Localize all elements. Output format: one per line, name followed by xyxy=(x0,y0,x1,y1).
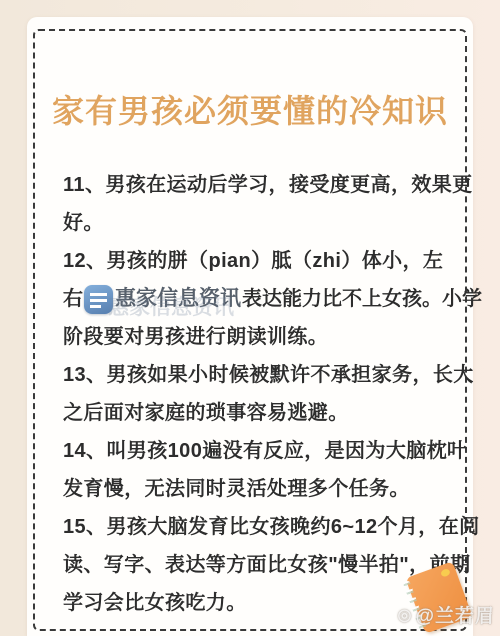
watermark-corner: ◎ @兰若眉 xyxy=(398,601,496,628)
text-line: 阶段要对男孩进行朗读训练。 xyxy=(63,318,457,356)
watermark-app-icon xyxy=(84,285,113,314)
watermark-center: 惠家信息资讯 惠家信息资讯 xyxy=(84,280,241,318)
watermark-center-text: 惠家信息资讯 xyxy=(115,280,241,318)
text-line: 13、男孩如果小时候被默许不承担家务，长大 xyxy=(63,356,457,394)
text-line: 11、男孩在运动后学习，接受度更高，效果更 xyxy=(63,166,457,204)
text-line: 14、叫男孩100遍没有反应，是因为大脑枕叶 xyxy=(63,432,457,470)
text-line: 好。 xyxy=(63,204,457,242)
line-end-text: 表达能力比不上女孩。小学 xyxy=(242,280,482,318)
text-line: 15、男孩大脑发育比女孩晚约6~12个月，在阅 xyxy=(63,508,457,546)
notebook-dot xyxy=(440,568,451,578)
text-line-with-watermark: 右 惠家信息资讯 惠家信息资讯 表达能力比不上女孩。小学 xyxy=(63,280,457,318)
watermark-corner-text: @兰若眉 xyxy=(415,601,495,628)
text-line: 12、男孩的胼（pian）胝（zhi）体小，左 xyxy=(63,242,457,280)
card-title: 家有男孩必须要懂的冷知识 xyxy=(35,86,465,132)
dashed-border-frame: 家有男孩必须要懂的冷知识 11、男孩在运动后学习，接受度更高，效果更 好。 12… xyxy=(33,29,467,631)
watermark-corner-icon: ◎ xyxy=(398,605,413,625)
text-line: 发育慢，无法同时灵活处理多个任务。 xyxy=(63,470,457,508)
text-line: 之后面对家庭的琐事容易逃避。 xyxy=(63,394,457,432)
line-start-text: 右 xyxy=(63,280,83,318)
knowledge-card: 家有男孩必须要懂的冷知识 11、男孩在运动后学习，接受度更高，效果更 好。 12… xyxy=(27,17,473,636)
text-line: 读、写字、表达等方面比女孩"慢半拍"，前期 xyxy=(63,546,457,584)
card-body: 11、男孩在运动后学习，接受度更高，效果更 好。 12、男孩的胼（pian）胝（… xyxy=(63,166,457,622)
page-background: 家有男孩必须要懂的冷知识 11、男孩在运动后学习，接受度更高，效果更 好。 12… xyxy=(0,0,500,636)
